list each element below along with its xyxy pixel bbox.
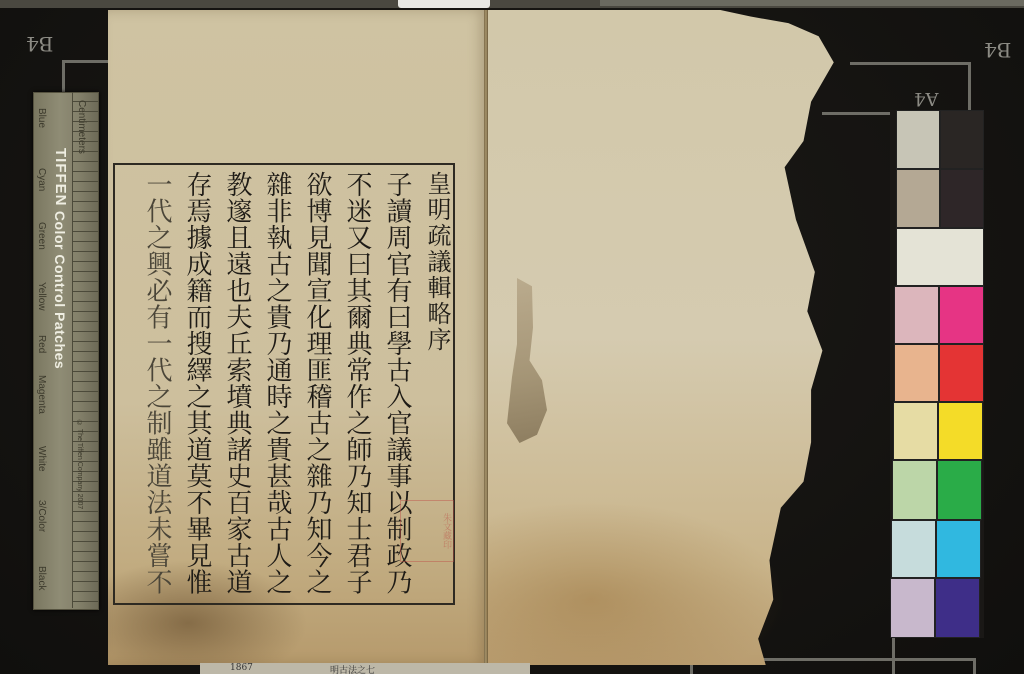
copyright-text: © The Tiffen Company 2007: [76, 420, 83, 509]
water-stain-right: [486, 500, 786, 665]
tiffen-logo: TIFFEN: [52, 148, 69, 207]
strip-label-green: Green: [36, 222, 47, 250]
text-column-6: 存焉據成籍而搜繹之其道莫不畢見惟: [177, 171, 217, 595]
tiffen-brand-title: TIFFEN Color Control Patches: [52, 148, 69, 369]
catalog-number: 1867: [230, 663, 253, 673]
strip-label-red: Red: [36, 335, 47, 353]
patch-dark-gray: [940, 110, 984, 169]
patch-pale-cyan: [891, 520, 936, 578]
size-mark-a4: A4: [914, 88, 938, 109]
patch-green: [937, 460, 982, 520]
strip-label-black: Black: [36, 566, 47, 590]
strip-label-cyan: Cyan: [36, 168, 47, 191]
patch-yellow: [938, 402, 983, 460]
patch-pale-yellow: [893, 402, 938, 460]
text-column-4: 雜非執古之貴乃通時之貴甚哉古人之: [257, 171, 297, 595]
ruler-scale: [72, 92, 98, 608]
patch-violet: [935, 578, 980, 638]
patch-white: [896, 228, 984, 286]
top-edge-strip-right: [600, 0, 1024, 6]
patch-pink: [894, 286, 939, 344]
patch-light-gray: [896, 110, 940, 169]
strip-label-blue: Blue: [36, 108, 47, 128]
size-mark-b4-right: B4: [984, 38, 1011, 62]
strip-title: Color Control Patches: [52, 211, 68, 369]
preface-title: 皇明疏議輯略序: [417, 171, 457, 353]
patch-peach: [894, 344, 939, 402]
patch-pale-green: [892, 460, 937, 520]
red-seal-stamp: 朱文藏印: [400, 500, 454, 562]
strip-label-yellow: Yellow: [36, 282, 47, 311]
color-patch-card: [890, 110, 984, 638]
patch-lavender: [890, 578, 935, 638]
size-mark-b4-left: B4: [26, 32, 53, 56]
centimeters-label: Centimeters: [76, 100, 87, 154]
text-column-5: 教邃且遠也夫丘索墳典諸史百家古道: [217, 171, 257, 595]
catalog-title: 明古法之七: [330, 663, 375, 674]
text-column-2: 不迷又曰其爾典常作之師乃知士君子: [337, 171, 377, 595]
patch-cyan: [936, 520, 981, 578]
strip-label-white: White: [36, 446, 47, 472]
patch-magenta: [939, 286, 984, 344]
text-column-3: 欲博見聞宣化理匪稽古之雜乃知今之: [297, 171, 337, 595]
strip-label-3color: 3/Color: [36, 500, 47, 532]
size-guide-a4-right: [822, 112, 895, 674]
top-white-tab: [398, 0, 490, 8]
text-column-7: 一代之興必有一代之制雖道法未嘗不: [137, 171, 177, 595]
patch-tan: [896, 169, 940, 228]
strip-label-magenta: Magenta: [36, 375, 47, 414]
patch-dark-brown: [940, 169, 984, 228]
bottom-catalog-label: 1867 明古法之七: [200, 663, 530, 674]
patch-red: [939, 344, 984, 402]
